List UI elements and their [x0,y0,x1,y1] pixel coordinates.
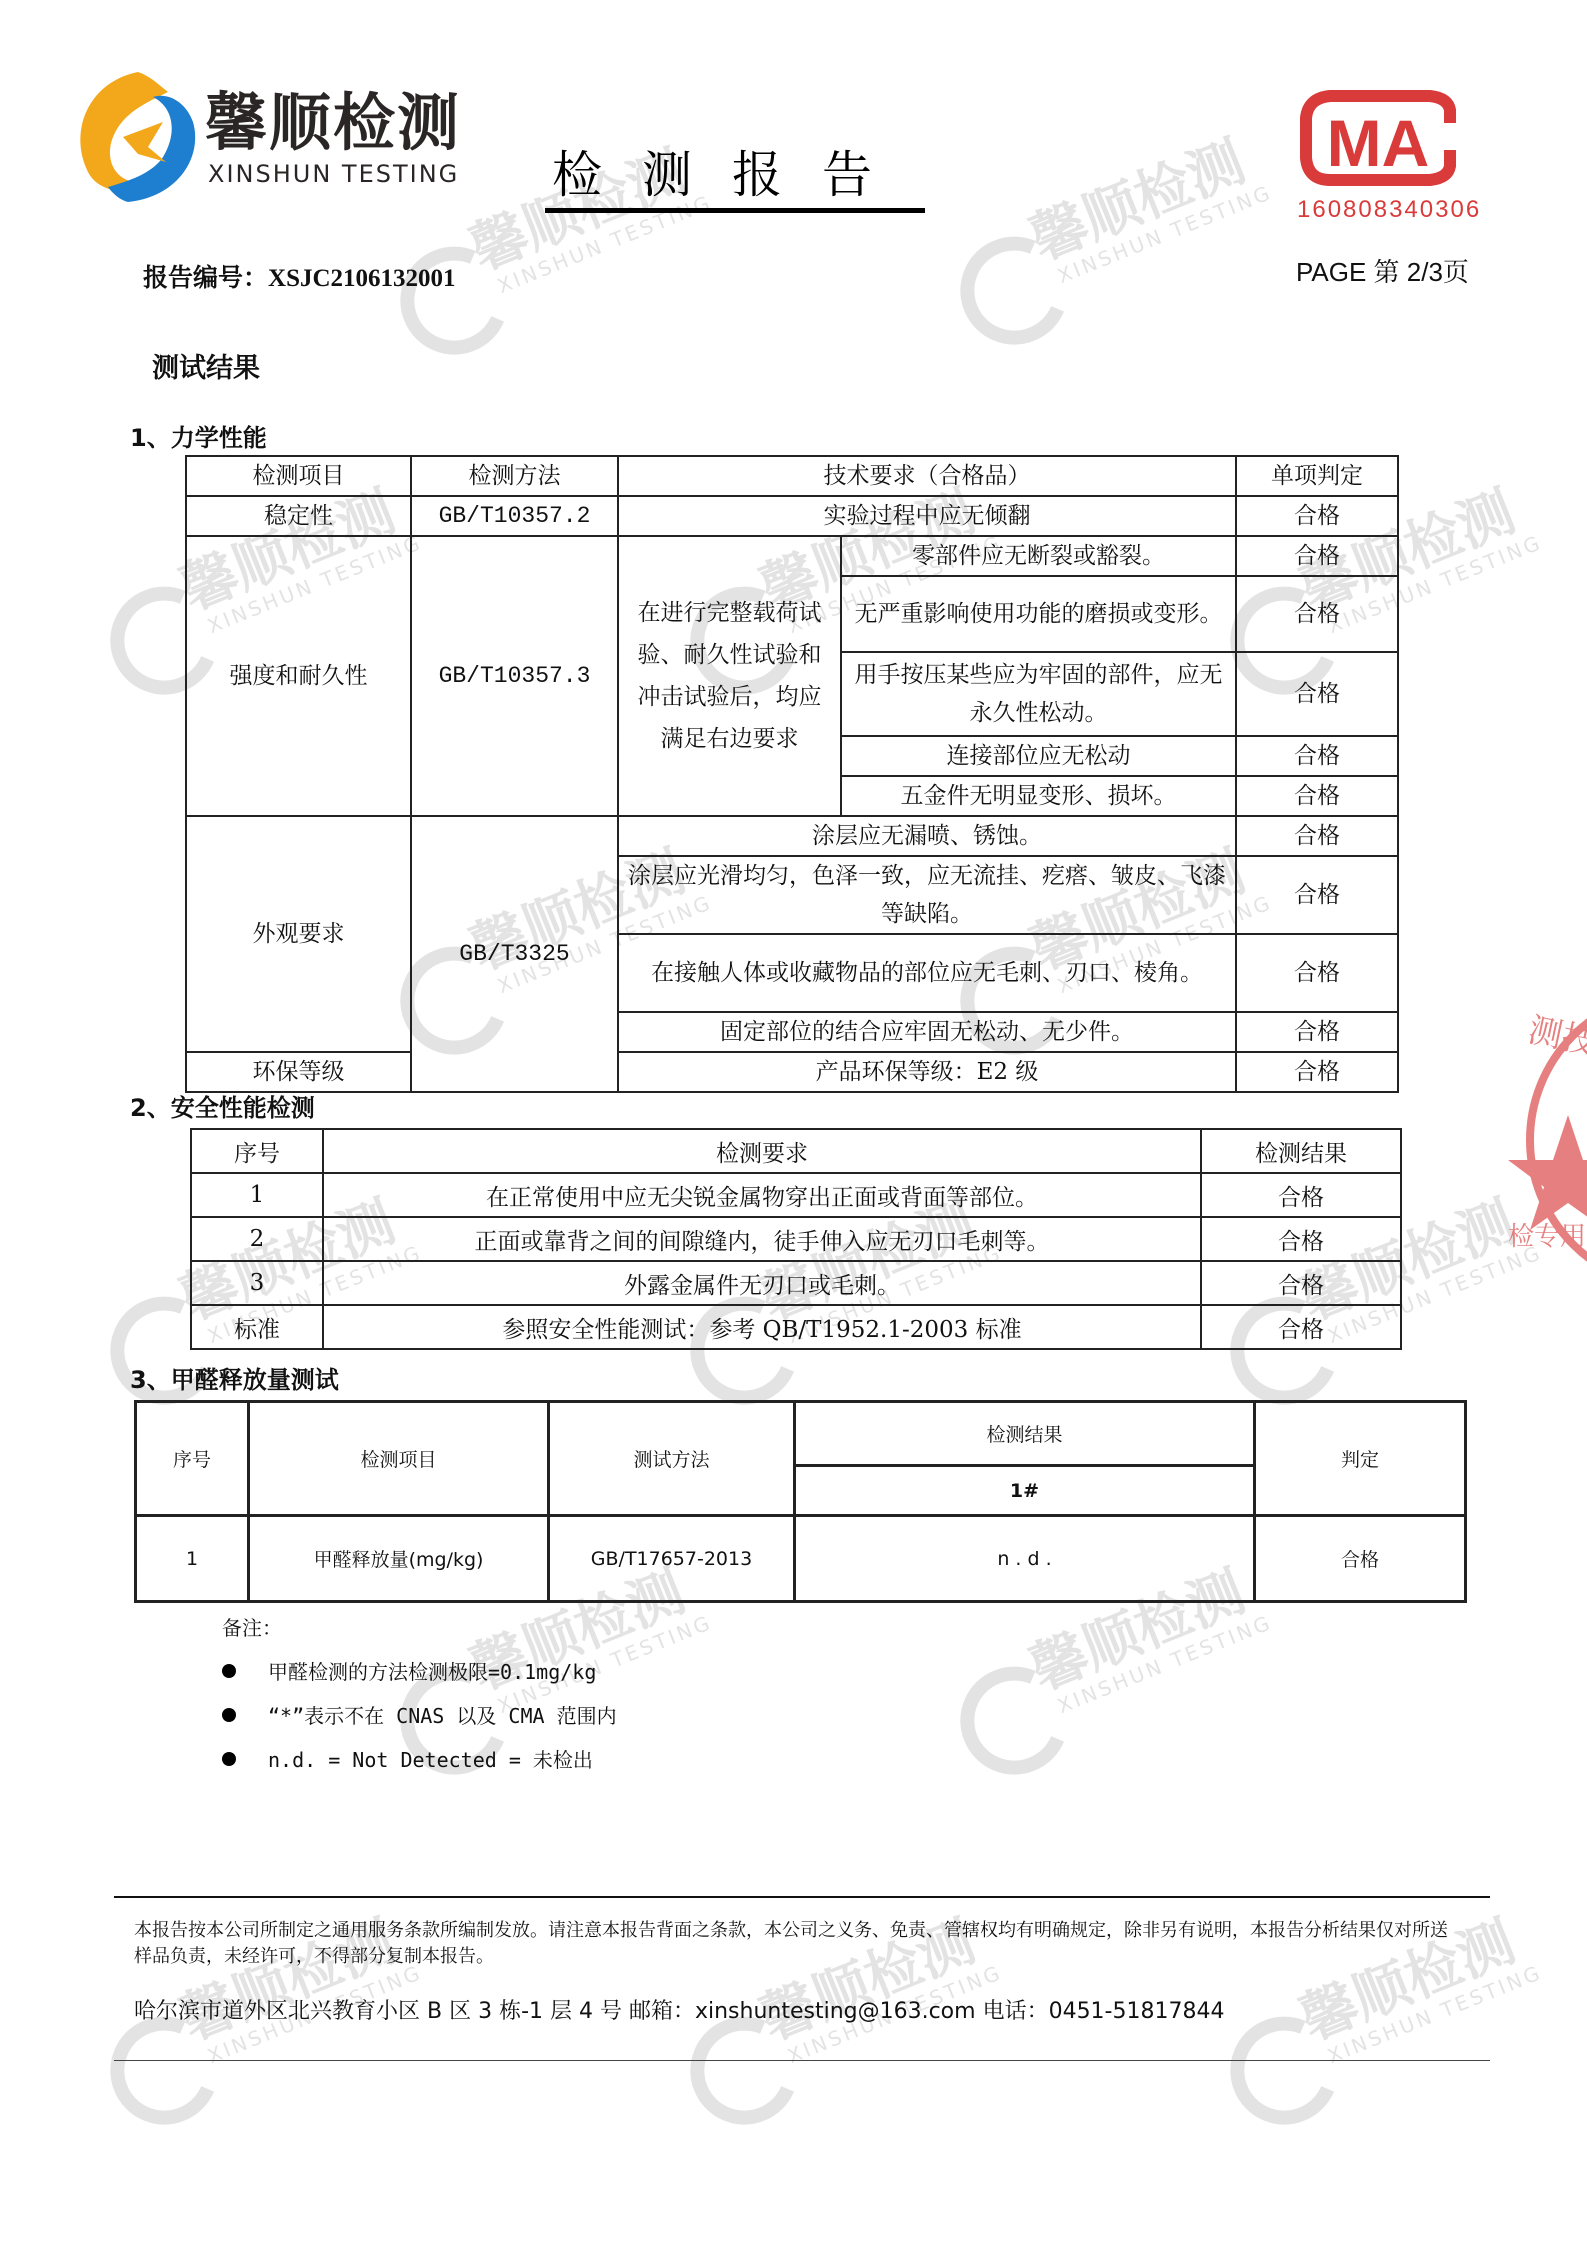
header-cell: 检测项目 [186,456,411,496]
header-cell: 序号 [191,1129,323,1173]
bullet-icon [222,1708,236,1722]
table-row: 环保等级 产品环保等级：E2 级 合格 [186,1052,1398,1092]
note-item: 甲醛检测的方法检测极限=0.1mg/kg [222,1656,596,1685]
result-cell: 合格 [1201,1261,1401,1305]
requirement-cell: 参照安全性能测试：参考 QB/T1952.1-2003 标准 [323,1305,1201,1349]
requirement-cell: 外露金属件无刃口或毛刺。 [323,1261,1201,1305]
no-cell: 2 [191,1217,323,1261]
table-row: 标准 参照安全性能测试：参考 QB/T1952.1-2003 标准 合格 [191,1305,1401,1349]
result-cell: 合格 [1236,856,1398,934]
requirement-cell: 用手按压某些应为牢固的部件，应无永久性松动。 [841,652,1236,736]
result-cell: 合格 [1236,776,1398,816]
notes-title: 备注： [222,1612,282,1641]
result-cell: 合格 [1236,496,1398,536]
section-title: 测试结果 [152,346,260,385]
safety-heading: 2、安全性能检测 [130,1088,315,1123]
bullet-icon [222,1664,236,1678]
no-cell: 标准 [191,1305,323,1349]
contact-address: 哈尔滨市道外区北兴教育小区 B 区 3 栋-1 层 4 号 邮箱：xinshun… [134,1994,1224,2025]
item-cell: 稳定性 [186,496,411,536]
cma-certification-icon: MA [1300,88,1460,188]
requirement-cell: 产品环保等级：E2 级 [618,1052,1236,1092]
table-header-row: 序号 检测项目 测试方法 检测结果 判定 [136,1402,1466,1466]
requirement-cell: 在接触人体或收藏物品的部位应无毛刺、刃口、棱角。 [618,934,1236,1012]
item-cell: 强度和耐久性 [186,536,411,816]
table-row: 3 外露金属件无刃口或毛刺。 合格 [191,1261,1401,1305]
table-row: 1 在正常使用中应无尖锐金属物穿出正面或背面等部位。 合格 [191,1173,1401,1217]
logo-text-cn: 馨顺检测 [205,92,461,154]
requirement-cell: 正面或靠背之间的间隙缝内，徒手伸入应无刃口毛刺等。 [323,1217,1201,1261]
report-title: 检测报告 [552,150,912,200]
header-cell: 判定 [1255,1402,1466,1516]
formaldehyde-table: 序号 检测项目 测试方法 检测结果 判定 1# 1 甲醛释放量(mg/kg) G… [134,1400,1467,1603]
requirement-cell: 固定部位的结合应牢固无松动、无少件。 [618,1012,1236,1052]
judgement-cell: 合格 [1255,1516,1466,1602]
header-cell: 检测项目 [249,1402,549,1516]
report-number-value: XSJC2106132001 [268,265,456,292]
report-number: 报告编号：XSJC2106132001 [143,258,456,294]
result-cell: 合格 [1236,736,1398,776]
result-cell: 合格 [1201,1305,1401,1349]
result-cell: 合格 [1236,652,1398,736]
watermark: 馨顺检测XINSHUN TESTING [1024,128,1276,292]
requirement-cell: 零部件应无断裂或豁裂。 [841,536,1236,576]
result-cell: 合格 [1201,1217,1401,1261]
bullet-icon [222,1752,236,1766]
footer-divider [114,1896,1490,1898]
header-cell: 检测方法 [411,456,618,496]
table-header-row: 序号 检测要求 检测结果 [191,1129,1401,1173]
requirement-cell: 在正常使用中应无尖锐金属物穿出正面或背面等部位。 [323,1173,1201,1217]
method-cell: GB/T3325 [411,816,618,1092]
header-cell: 检测结果 [795,1402,1255,1466]
result-cell: 合格 [1236,1012,1398,1052]
header-cell: 技术要求（合格品） [618,456,1236,496]
result-cell: 合格 [1236,576,1398,652]
official-seal-icon: 测技术 检专用章 [1508,985,1587,1295]
requirement-cell: 无严重影响使用功能的磨损或变形。 [841,576,1236,652]
table-row: 强度和耐久性 GB/T10357.3 在进行完整载荷试验、耐久性试验和冲击试验后… [186,536,1398,576]
title-underline [545,208,925,213]
safety-table: 序号 检测要求 检测结果 1 在正常使用中应无尖锐金属物穿出正面或背面等部位。 … [190,1128,1402,1350]
note-item: “*”表示不在 CNAS 以及 CMA 范围内 [222,1700,617,1729]
page-number: PAGE 第 2/3页 [1296,252,1469,289]
logo-text-en: XINSHUN TESTING [208,162,459,186]
no-cell: 3 [191,1261,323,1305]
method-cell: GB/T17657-2013 [549,1516,795,1602]
result-cell: 合格 [1236,816,1398,856]
table-row: 2 正面或靠背之间的间隙缝内，徒手伸入应无刃口毛刺等。 合格 [191,1217,1401,1261]
table-row: 1 甲醛释放量(mg/kg) GB/T17657-2013 n . d . 合格 [136,1516,1466,1602]
method-cell: GB/T10357.2 [411,496,618,536]
requirement-cell: 涂层应无漏喷、锈蚀。 [618,816,1236,856]
cma-number: 160808340306 [1297,196,1481,224]
result-cell: 合格 [1201,1173,1401,1217]
footer-divider-bottom [114,2060,1490,2061]
header-cell: 检测要求 [323,1129,1201,1173]
note-item: n.d. = Not Detected = 未检出 [222,1744,593,1773]
sample-header-cell: 1# [795,1466,1255,1516]
mechanical-heading: 1、力学性能 [130,418,267,453]
item-cell: 环保等级 [186,1052,411,1092]
requirement-cell: 实验过程中应无倾翻 [618,496,1236,536]
svg-text:MA: MA [1327,106,1430,180]
requirement-cell: 五金件无明显变形、损坏。 [841,776,1236,816]
report-number-label: 报告编号： [143,265,268,292]
header-cell: 单项判定 [1236,456,1398,496]
table-header-row: 检测项目 检测方法 技术要求（合格品） 单项判定 [186,456,1398,496]
svg-text:检专用章: 检专用章 [1508,1222,1587,1252]
result-cell: 合格 [1236,1052,1398,1092]
value-cell: n . d . [795,1516,1255,1602]
result-cell: 合格 [1236,536,1398,576]
condition-cell: 在进行完整载荷试验、耐久性试验和冲击试验后，均应满足右边要求 [618,536,841,816]
header-cell: 序号 [136,1402,249,1516]
no-cell: 1 [191,1173,323,1217]
header-cell: 测试方法 [549,1402,795,1516]
method-cell: GB/T10357.3 [411,536,618,816]
requirement-cell: 连接部位应无松动 [841,736,1236,776]
result-cell: 合格 [1236,934,1398,1012]
item-cell: 外观要求 [186,816,411,1052]
mechanical-table: 检测项目 检测方法 技术要求（合格品） 单项判定 稳定性 GB/T10357.2… [185,455,1399,1093]
formaldehyde-heading: 3、甲醛释放量测试 [130,1360,339,1395]
header-cell: 检测结果 [1201,1129,1401,1173]
no-cell: 1 [136,1516,249,1602]
requirement-cell: 涂层应光滑均匀，色泽一致，应无流挂、疙瘩、皱皮、飞漆等缺陷。 [618,856,1236,934]
disclaimer-text: 本报告按本公司所制定之通用服务条款所编制发放。请注意本报告背面之条款，本公司之义… [134,1918,1464,1970]
table-row: 稳定性 GB/T10357.2 实验过程中应无倾翻 合格 [186,496,1398,536]
table-row: 外观要求 GB/T3325 涂层应无漏喷、锈蚀。 合格 [186,816,1398,856]
item-cell: 甲醛释放量(mg/kg) [249,1516,549,1602]
